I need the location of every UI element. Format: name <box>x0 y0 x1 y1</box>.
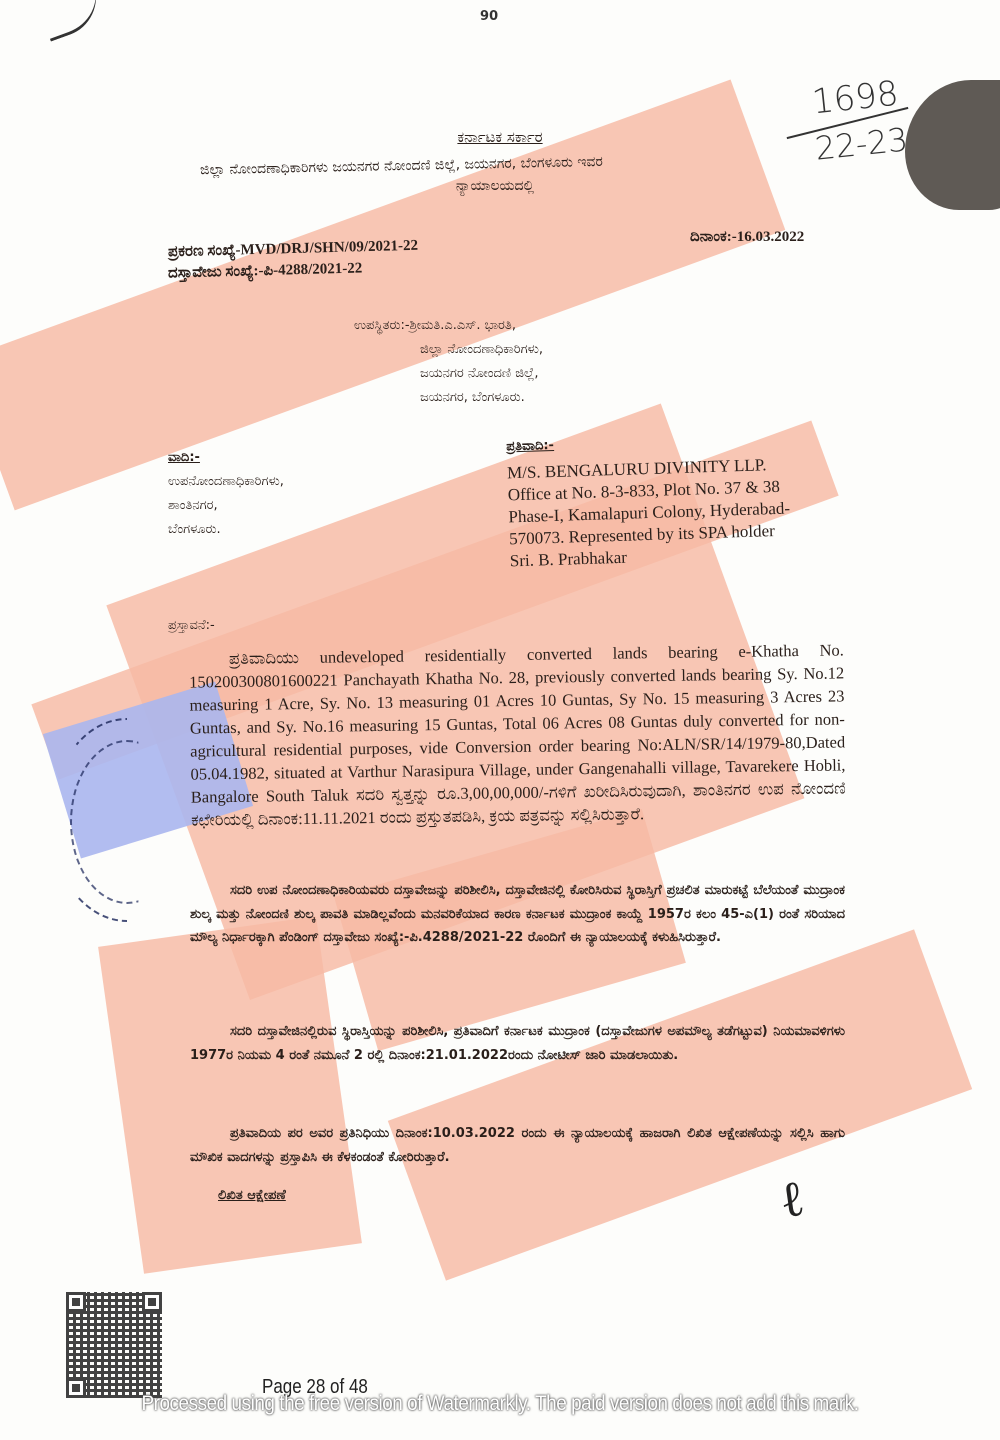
present-line: ಉಪಸ್ಥಿತರು:-ಶ್ರೀಮತಿ.ಎ.ಎಸ್. ಭಾರತಿ, <box>354 318 516 333</box>
qr-code <box>66 1292 162 1398</box>
presiding-officer: ಉಪಸ್ಥಿತರು:-ಶ್ರೀಮತಿ.ಎ.ಎಸ್. ಭಾರತಿ, ಜಿಲ್ಲಾ … <box>354 314 543 410</box>
document-number: ದಸ್ತಾವೇಜು ಸಂಖ್ಯೆ:-ಪಿ-4288/2021-22 <box>168 259 363 282</box>
page-corner-fold <box>33 0 108 42</box>
handwritten-number: 1698 <box>810 74 900 123</box>
document-page: 06 1698 22-23 ಕರ್ನಾಟಕ ಸರ್ಕಾರ ಜಿಲ್ಲಾ ನೋಂದ… <box>0 0 1000 1440</box>
official-seal-inner <box>70 740 184 904</box>
header-authority: ಜಿಲ್ಲಾ ನೋಂದಣಾಧಿಕಾರಿಗಳು ಜಯನಗರ ನೋಂದಣಿ ಜಿಲ್… <box>200 150 800 179</box>
header-title: ಕರ್ನಾಟಕ ಸರ್ಕಾರ <box>0 128 1000 146</box>
plaintiff-line: ಉಪನೋಂದಣಾಧಿಕಾರಿಗಳು, <box>168 470 284 494</box>
paragraph-referral: ಸದರಿ ಉಪ ನೋಂದಣಾಧಿಕಾರಿಯವರು ದಸ್ತಾವೇಜನ್ನು ಪರ… <box>190 879 845 950</box>
paragraph-text: ಸದರಿ ದಸ್ತಾವೇಜಿನಲ್ಲಿರುವ ಸ್ಥಿರಾಸ್ತಿಯನ್ನು ಪ… <box>190 1020 845 1067</box>
paragraph-notice: ಸದರಿ ದಸ್ತಾವೇಜಿನಲ್ಲಿರುವ ಸ್ಥಿರಾಸ್ತಿಯನ್ನು ಪ… <box>190 1020 845 1067</box>
watermark-text: Processed using the free version of Wate… <box>50 1392 950 1416</box>
qr-finder <box>142 1292 162 1312</box>
preamble-label: ಪ್ರಸ್ತಾವನೆ:- <box>168 618 215 633</box>
paragraph-text: ಸದರಿ ಉಪ ನೋಂದಣಾಧಿಕಾರಿಯವರು ದಸ್ತಾವೇಜನ್ನು ಪರ… <box>190 879 845 950</box>
present-line: ಜಯನಗರ, ಬೆಂಗಳೂರು. <box>354 386 543 410</box>
case-number: ಪ್ರಕರಣ ಸಂಖ್ಯೆ-MVD/DRJ/SHN/09/2021-22 <box>168 237 418 262</box>
signature: ℓ <box>776 1169 808 1230</box>
present-line: ಜಯನಗರ ನೋಂದಣಿ ಜಿಲ್ಲೆ, <box>354 362 543 386</box>
plaintiff-label: ವಾದಿ:- <box>168 446 284 470</box>
objection-heading: ಲಿಖಿತ ಆಕ್ಷೇಪಣೆ <box>218 1188 286 1203</box>
plaintiff-line: ಬೆಂಗಳೂರು. <box>168 518 284 542</box>
paragraph-sale-deed: ಪ್ರತಿವಾದಿಯು undeveloped residentially co… <box>189 638 847 831</box>
redaction-overlay <box>388 929 972 1280</box>
present-line: ಜಿಲ್ಲಾ ನೋಂದಣಾಧಿಕಾರಿಗಳು, <box>354 338 543 362</box>
paragraph-hearing: ಪ್ರತಿವಾದಿಯ ಪರ ಅವರ ಪ್ರತಿನಿಧಿಯು ದಿನಾಂಕ:10.… <box>190 1122 845 1169</box>
respondent-label: ಪ್ರತಿವಾದಿ:- <box>506 428 788 459</box>
paragraph-text: ಪ್ರತಿವಾದಿಯ ಪರ ಅವರ ಪ್ರತಿನಿಧಿಯು ದಿನಾಂಕ:10.… <box>190 1122 845 1169</box>
respondent-block: ಪ್ರತಿವಾದಿ:- M/S. BENGALURU DIVINITY LLP.… <box>506 428 792 573</box>
qr-finder <box>66 1292 86 1312</box>
order-date: ದಿನಾಂಕ:-16.03.2022 <box>690 228 804 246</box>
plaintiff-block: ವಾದಿ:- ಉಪನೋಂದಣಾಧಿಕಾರಿಗಳು, ಶಾಂತಿನಗರ, ಬೆಂಗ… <box>168 446 284 542</box>
plaintiff-line: ಶಾಂತಿನಗರ, <box>168 494 284 518</box>
paragraph-text: ಪ್ರತಿವಾದಿಯು undeveloped residentially co… <box>189 638 847 831</box>
page-top-number: 06 <box>480 6 498 21</box>
header-court: ನ್ಯಾಯಾಲಯದಲ್ಲಿ <box>0 178 990 194</box>
redaction-overlay <box>98 916 362 1273</box>
